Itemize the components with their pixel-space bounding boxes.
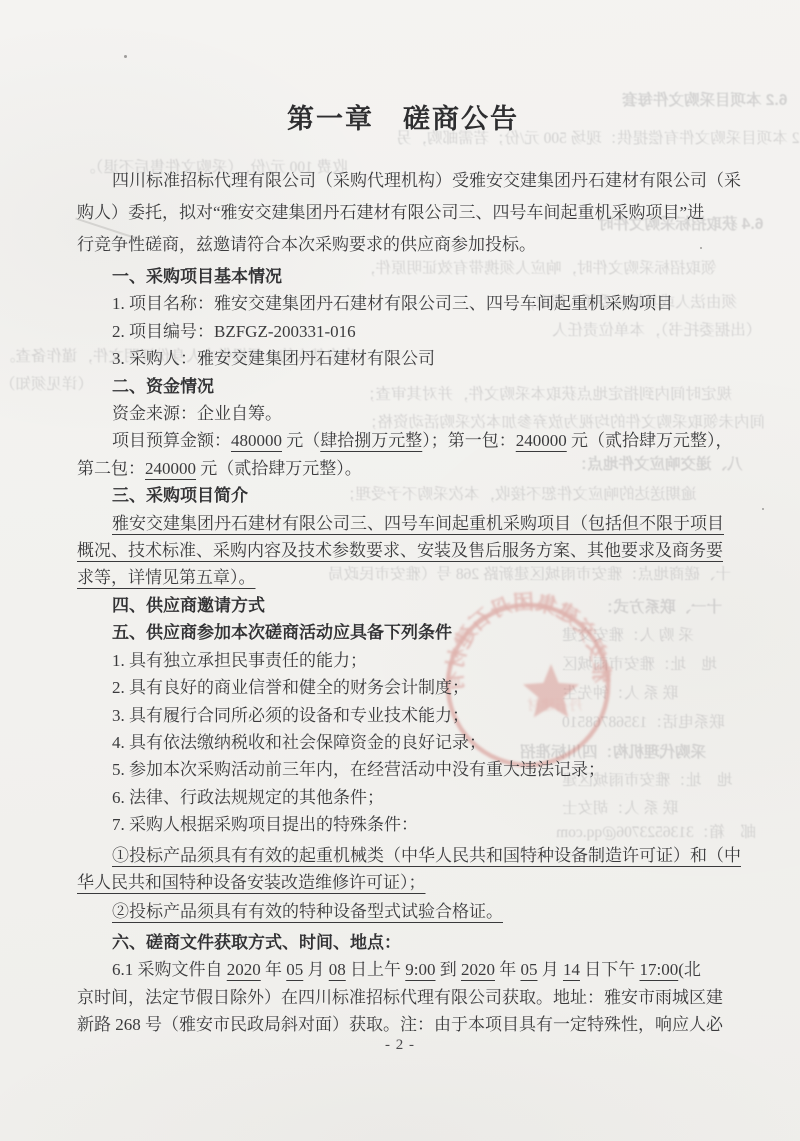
text-segment: ）；第一包： [422, 431, 516, 450]
text-segment: 14 [563, 960, 580, 979]
special-condition-line: 华人民共和国特种设备安装改造维修许可证）； [77, 869, 729, 896]
text-segment: 到 [435, 960, 461, 979]
text-segment: 元（贰拾肆万元整）， [567, 431, 733, 450]
text-segment: 年 [261, 960, 287, 979]
page-number: - 2 - [0, 1037, 800, 1054]
text-segment: 年 [495, 960, 521, 979]
project-brief-line: 概况、技术标准、采购内容及技术参数要求、安装及售后服务方案、其他要求及商务要 [77, 537, 729, 564]
condition-item: 7. 采购人根据采购项目提出的特殊条件： [77, 811, 729, 838]
obtain-line: 新路 268 号（雅安市民政局斜对面）获取。注：由于本项目具有一定特殊性，响应人… [77, 1011, 729, 1038]
section-heading-invitation: 四、供应商邀请方式 [77, 592, 729, 619]
text-segment: 08 [329, 960, 346, 979]
text-segment: 17:00 [639, 960, 678, 979]
intro-line: 四川标准招标代理有限公司（采购代理机构）受雅安交建集团丹石建材有限公司（采 [77, 165, 729, 197]
section-heading-funding: 二、资金情况 [77, 373, 729, 400]
condition-item: 6. 法律、行政法规规定的其他条件； [77, 784, 729, 811]
text-segment: 肆拾捌万元整 [320, 431, 422, 450]
document-page: 6.2 本项目采购文件每套6.2 本项目采购文件有偿提供：现场 500 元/份；… [0, 0, 800, 1141]
obtain-line: 6.1 采购文件自 2020 年 05 月 08 日上午 9:00 到 2020… [77, 956, 729, 983]
condition-item: 2. 具有良好的商业信誉和健全的财务会计制度； [77, 674, 729, 701]
intro-line: 购人）委托，拟对“雅安交建集团丹石建材有限公司三、四号车间起重机采购项目”进 [77, 197, 729, 229]
page-title: 第一章 磋商公告 [77, 97, 729, 136]
scan-speck [762, 508, 764, 510]
text-segment: 05 [286, 960, 303, 979]
text-segment: 6.1 采购文件自 [112, 960, 227, 979]
text-segment: 2020 [461, 960, 495, 979]
text-segment: 项目预算金额： [112, 431, 231, 450]
text-segment: 240000 [145, 459, 196, 478]
budget-line: 项目预算金额：480000 元（肆拾捌万元整）；第一包：240000 元（贰拾肆… [77, 427, 729, 454]
text-segment: 05 [520, 960, 537, 979]
funding-source-line: 资金来源：企业自筹。 [77, 400, 729, 427]
project-brief-line: 求等，详情见第五章）。 [77, 564, 729, 591]
section-heading-basic-info: 一、采购项目基本情况 [77, 263, 729, 290]
budget-line: 第二包：240000 元（贰拾肆万元整）。 [77, 455, 729, 482]
project-brief-line: 雅安交建集团丹石建材有限公司三、四号车间起重机采购项目（包括但不限于项目 [77, 510, 729, 537]
condition-item: 3. 具有履行合同所必须的设备和专业技术能力； [77, 702, 729, 729]
obtain-line: 京时间，法定节假日除外）在四川标准招标代理有限公司获取。地址：雅安市雨城区建 [77, 984, 729, 1011]
condition-item: 1. 具有独立承担民事责任的能力； [77, 647, 729, 674]
text-segment: 第二包： [77, 459, 145, 478]
text-segment: 元（贰拾肆万元整）。 [196, 459, 362, 478]
text-segment: (北 [678, 960, 701, 979]
basic-info-item: 2. 项目编号：BZFGZ-200331-016 [77, 318, 729, 345]
basic-info-item: 1. 项目名称：雅安交建集团丹石建材有限公司三、四号车间起重机采购项目 [77, 290, 729, 317]
basic-info-item: 3. 采购人：雅安交建集团丹石建材有限公司 [77, 345, 729, 372]
text-segment: 9:00 [405, 960, 435, 979]
section-heading-obtain: 六、磋商文件获取方式、时间、地点： [77, 929, 729, 956]
intro-line: 行竞争性磋商，兹邀请符合本次采购要求的供应商参加投标。 [77, 229, 729, 261]
condition-item: 5. 参加本次采购活动前三年内，在经营活动中没有重大违法记录； [77, 756, 729, 783]
text-segment: 日下午 [580, 960, 640, 979]
text-segment: 日上午 [346, 960, 406, 979]
special-condition-line: ②投标产品须具有有效的特种设备型式试验合格证。 [77, 898, 729, 925]
text-segment: 2020 [227, 960, 261, 979]
section-heading-qualifications: 五、供应商参加本次磋商活动应具备下列条件 [77, 619, 729, 646]
text-segment: 月 [537, 960, 563, 979]
text-segment: 月 [303, 960, 329, 979]
special-condition-line: ①投标产品须具有有效的起重机械类（中华人民共和国特种设备制造许可证）和（中 [77, 842, 729, 869]
intro-paragraph: 四川标准招标代理有限公司（采购代理机构）受雅安交建集团丹石建材有限公司（采 购人… [77, 165, 729, 261]
text-segment: 元（ [282, 431, 320, 450]
section-heading-brief: 三、采购项目简介 [77, 482, 729, 509]
text-segment: 240000 [516, 431, 567, 450]
document-content: 第一章 磋商公告 四川标准招标代理有限公司（采购代理机构）受雅安交建集团丹石建材… [77, 0, 729, 1038]
condition-item: 4. 具有依法缴纳税收和社会保障资金的良好记录； [77, 729, 729, 756]
text-segment: 480000 [231, 431, 282, 450]
